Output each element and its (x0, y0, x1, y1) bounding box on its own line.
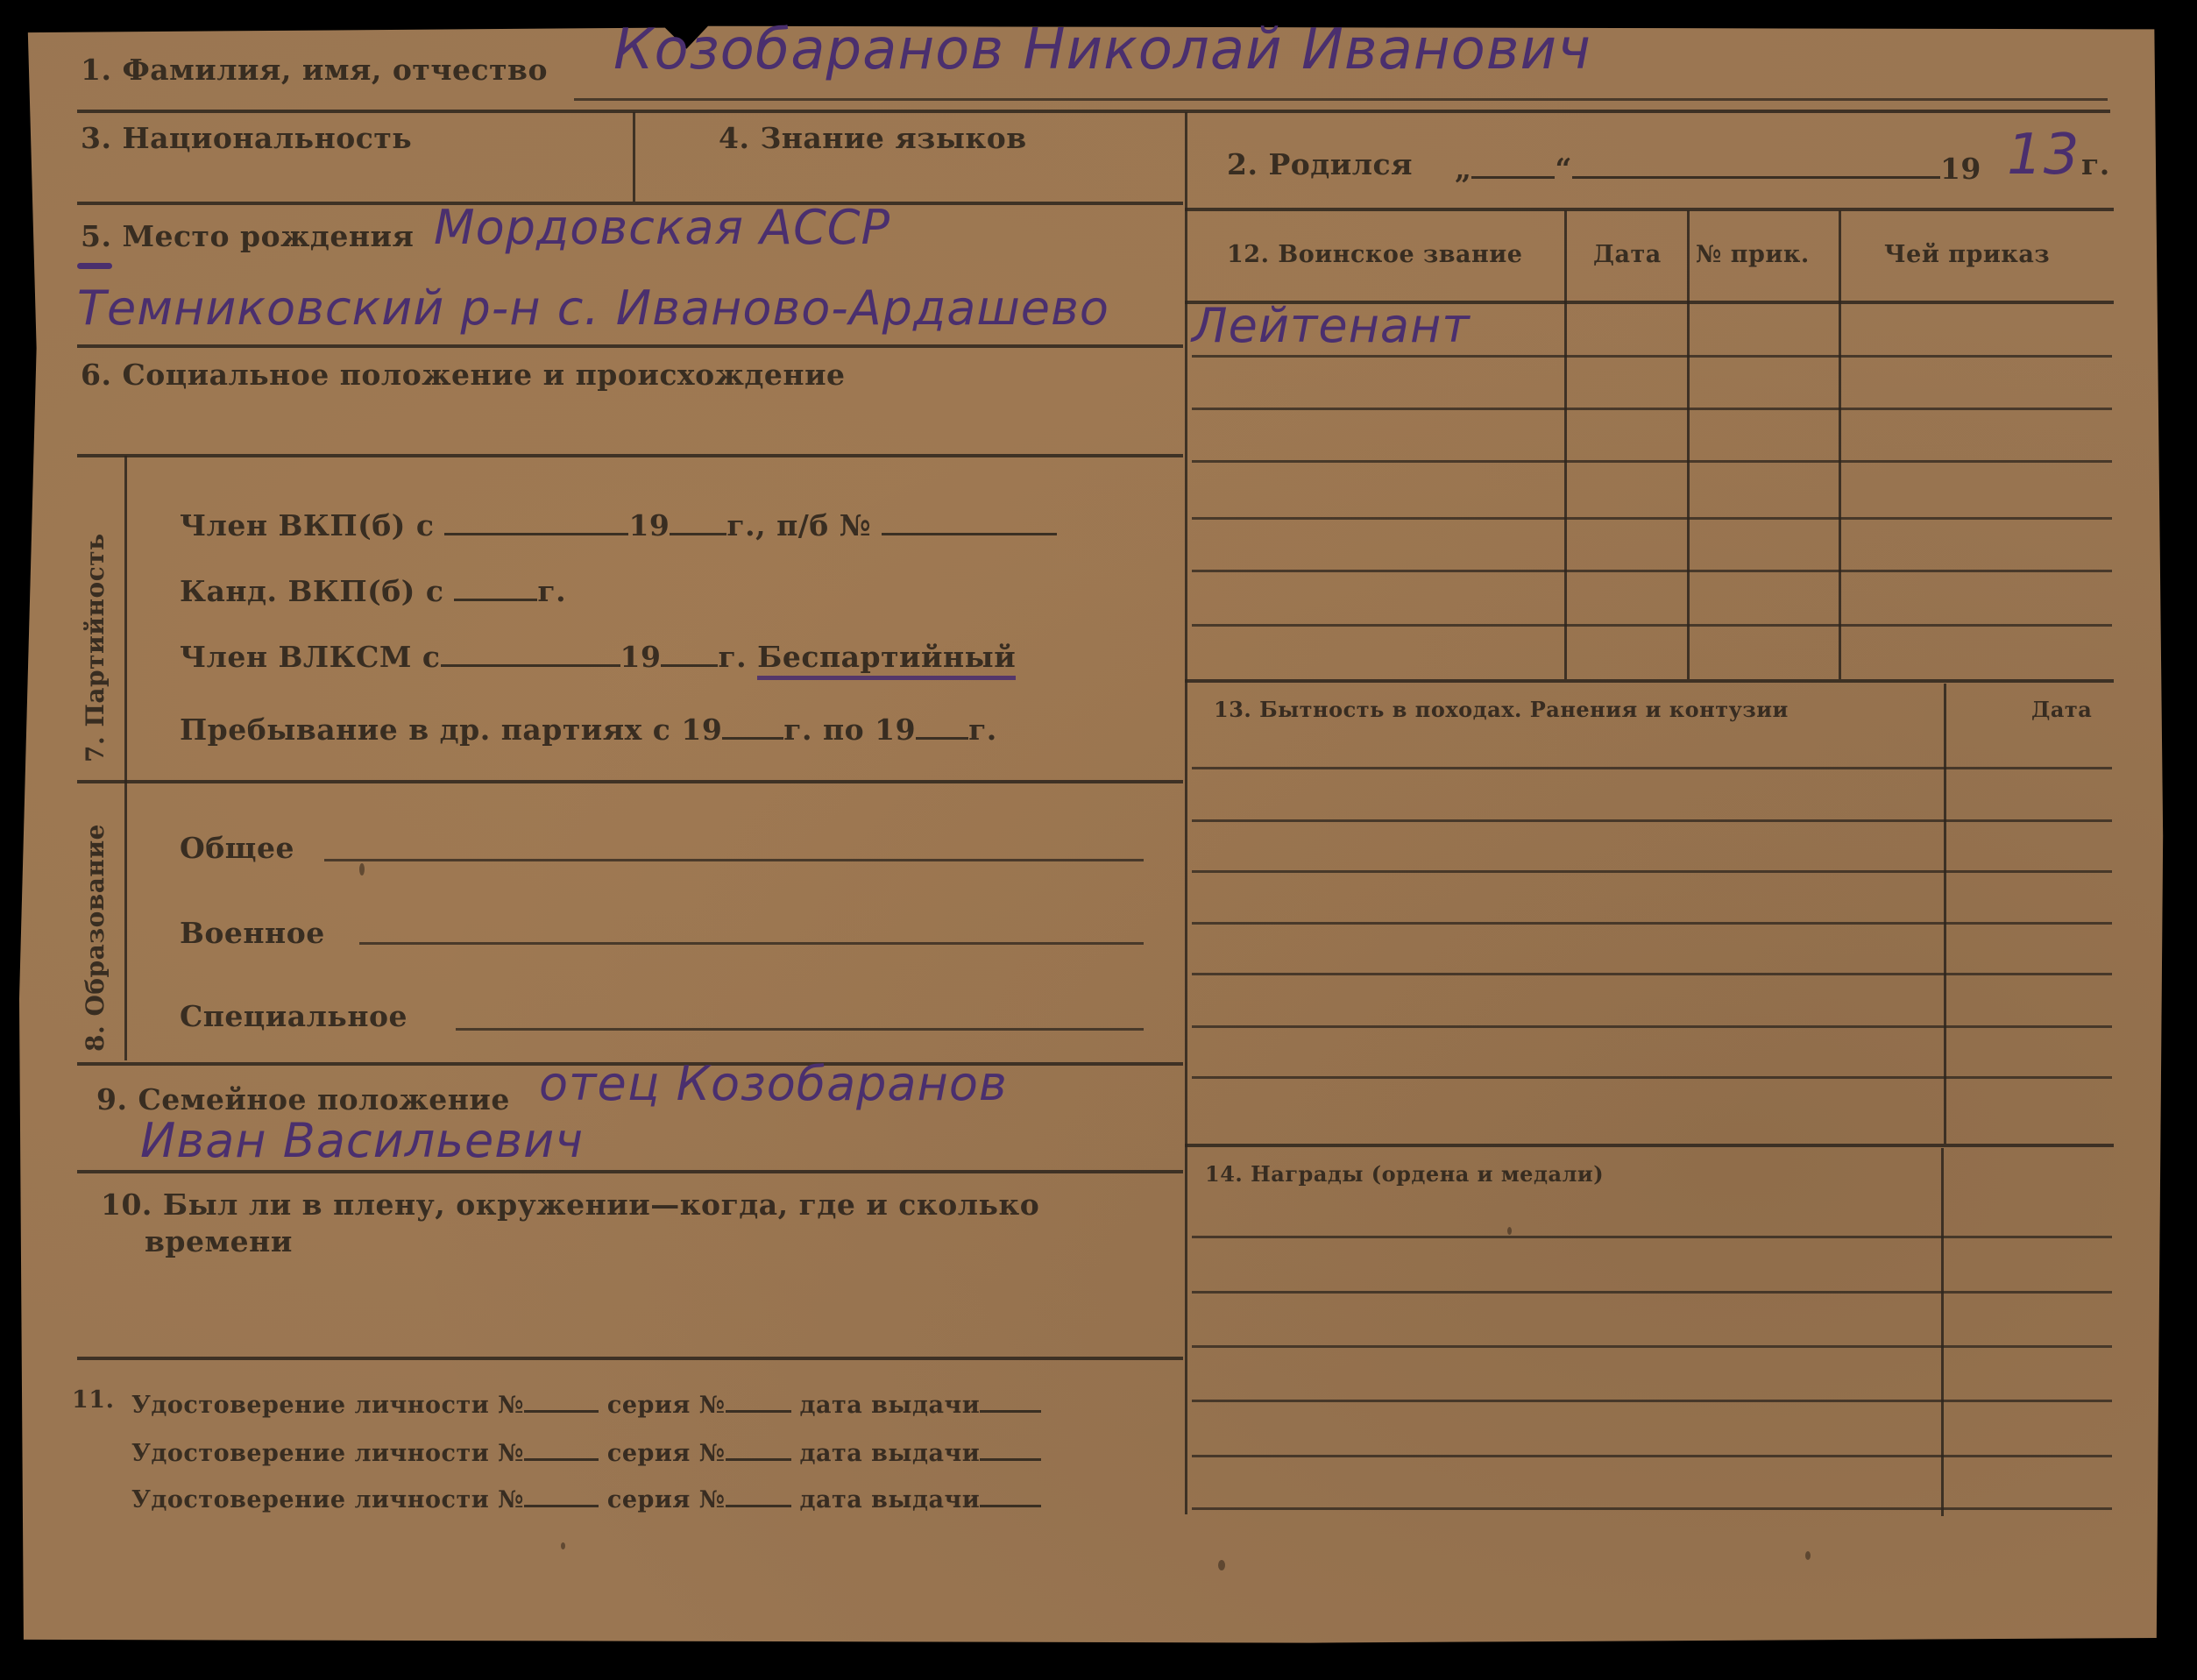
rank-col-rank: 12. Воинское звание (1227, 241, 1522, 268)
side-label-party: 7. Партийность (81, 491, 110, 762)
paper-speck (359, 863, 365, 875)
rank-col-date: Дата (1593, 241, 1662, 268)
campaigns-row-line (1192, 767, 2112, 769)
campaigns-row-line (1192, 1076, 2112, 1079)
vkpb-card-no-blank (882, 504, 1057, 535)
awards-row-line (1192, 1507, 2112, 1510)
divider-row6 (77, 454, 1183, 457)
value-birthplace-line1: Мордовская АССР (434, 200, 890, 255)
campaigns-row-line (1192, 922, 2112, 925)
label-general-education: Общее (180, 831, 294, 865)
label-social-status: 6. Социальное положение и происхождение (81, 358, 846, 392)
divider-section12 (1185, 679, 2114, 683)
vlksm-blank (441, 635, 620, 667)
label-family-status: 9. Семейное положение (96, 1082, 510, 1116)
born-year-suffix: г. (2081, 147, 2110, 181)
vkpb-year-prefix: 19 (628, 508, 670, 542)
born-date: „“19 (1455, 147, 1981, 186)
candidate-blank (454, 570, 537, 601)
id-row-1: Удостоверение личности № серия № дата вы… (131, 1386, 1041, 1419)
party-row-candidate: Канд. ВКП(б) с г. (180, 570, 566, 608)
label-special-education: Специальное (180, 999, 408, 1033)
vkpb-prefix: Член ВКП(б) с (180, 508, 434, 542)
paper-speck (1805, 1551, 1811, 1560)
id-row-3-label: Удостоверение личности № (131, 1486, 524, 1513)
rank-row-line (1192, 408, 2112, 410)
party-row-other: Пребывание в др. партиях с 19г. по 19г. (180, 708, 997, 747)
divider-section13 (1185, 1144, 2114, 1147)
other-party-from-blank (722, 708, 783, 740)
label-captivity-line1: 10. Был ли в плену, окружении—когда, где… (101, 1187, 1039, 1222)
id-row-1-no-blank (524, 1386, 599, 1413)
rank-row-line (1192, 624, 2112, 627)
id-row-3-no-blank (524, 1481, 599, 1507)
born-day-blank (1471, 147, 1555, 179)
vkpb-year-blank (670, 504, 726, 535)
id-row-2-date: дата выдачи (800, 1440, 981, 1467)
id-row-2-series: серия № (607, 1440, 726, 1467)
side-divider-7-8 (124, 456, 127, 1060)
other-party-suffix: г. (968, 712, 997, 747)
campaigns-row-line (1192, 973, 2112, 975)
vkpb-since-blank (444, 504, 628, 535)
party-row-vlksm: Член ВЛКСМ с19г. Беспартийный (180, 635, 1016, 674)
rank-col-order-no: № прик. (1696, 241, 1810, 268)
paper-speck (561, 1542, 565, 1549)
vlksm-prefix: Член ВЛКСМ с (180, 640, 441, 674)
rank-row-line (1192, 570, 2112, 572)
id-row-2-label: Удостоверение личности № (131, 1440, 524, 1467)
label-captivity-line2: времени (145, 1224, 293, 1258)
candidate-prefix: Канд. ВКП(б) с (180, 574, 443, 608)
non-party-marked: Беспартийный (757, 640, 1016, 680)
id-row-2-no-blank (524, 1435, 599, 1461)
rank-row-line (1192, 517, 2112, 520)
full-name-underline (574, 98, 2108, 101)
id-row-2: Удостоверение личности № серия № дата вы… (131, 1435, 1041, 1467)
awards-row-line (1192, 1236, 2112, 1238)
label-languages: 4. Знание языков (719, 121, 1027, 155)
id-row-1-series: серия № (607, 1392, 726, 1419)
id-row-1-series-blank (726, 1386, 791, 1413)
label-birthplace: 5. Место рождения (81, 219, 414, 253)
awards-row-line (1192, 1400, 2112, 1402)
ink-mark (77, 263, 112, 269)
label-nationality: 3. Национальность (81, 121, 412, 155)
id-row-1-date-blank (980, 1386, 1041, 1413)
id-row-3-series: серия № (607, 1486, 726, 1513)
campaigns-col-date: Дата (2031, 697, 2092, 722)
value-family-line1: отец Козобаранов (539, 1056, 1008, 1111)
divider-row1 (77, 110, 2110, 113)
vlksm-year-blank (661, 635, 718, 667)
candidate-suffix: г. (537, 574, 566, 608)
party-row-vkpb: Член ВКП(б) с 19г., п/б № (180, 504, 1057, 542)
born-year-prefix: 19 (1940, 152, 1981, 186)
awards-divider (1941, 1148, 1944, 1516)
id-row-2-date-blank (980, 1435, 1041, 1461)
id-row-3-date: дата выдачи (800, 1486, 981, 1513)
campaigns-row-line (1192, 819, 2112, 822)
value-full-name: Козобаранов Николай Иванович (613, 18, 1591, 82)
awards-row-line (1192, 1291, 2112, 1294)
general-education-line (324, 859, 1144, 861)
id-row-3-series-blank (726, 1481, 791, 1507)
id-row-1-date: дата выдачи (800, 1392, 981, 1419)
born-month-blank (1572, 147, 1940, 179)
label-full-name: 1. Фамилия, имя, отчество (81, 53, 548, 87)
divider-3-4 (633, 112, 635, 202)
rank-divider-3 (1839, 210, 1841, 679)
other-party-mid: г. по 19 (783, 712, 916, 747)
divider-row5 (77, 344, 1183, 348)
born-year-value: 13 (2007, 123, 2080, 188)
divider-row10 (77, 1357, 1183, 1360)
divider-row7 (77, 780, 1183, 783)
paper-speck (1507, 1227, 1512, 1235)
military-education-line (359, 942, 1144, 945)
special-education-line (456, 1028, 1144, 1031)
divider-row9 (77, 1170, 1183, 1173)
campaigns-col-label: 13. Бытность в походах. Ранения и контуз… (1214, 697, 1789, 722)
vkpb-card-no-label: г., п/б № (726, 508, 871, 542)
id-row-3: Удостоверение личности № серия № дата вы… (131, 1481, 1041, 1513)
id-row-3-date-blank (980, 1481, 1041, 1507)
born-day-open-quote: „ (1455, 152, 1471, 186)
label-military-education: Военное (180, 916, 325, 950)
id-number: 11. (72, 1386, 114, 1414)
side-label-education: 8. Образование (81, 815, 110, 1052)
label-born: 2. Родился (1227, 147, 1413, 181)
value-family-line2: Иван Васильевич (140, 1113, 584, 1168)
rank-col-whose-order: Чей приказ (1884, 241, 2050, 268)
id-row-2-series-blank (726, 1435, 791, 1461)
rank-row-line (1192, 355, 2112, 358)
value-birthplace-line2: Темниковский р-н с. Иваново-Ардашево (77, 280, 1109, 336)
born-day-close-quote: “ (1555, 152, 1571, 186)
other-party-prefix: Пребывание в др. партиях с 19 (180, 712, 722, 747)
rank-divider-2 (1687, 210, 1690, 679)
divider-row2 (1185, 208, 2114, 211)
id-row-1-label: Удостоверение личности № (131, 1392, 524, 1419)
rank-divider-1 (1564, 210, 1567, 679)
vlksm-suffix: г. (718, 640, 747, 674)
rank-value-1: Лейтенант (1192, 298, 1471, 353)
vlksm-year-prefix: 19 (620, 640, 662, 674)
other-party-to-blank (916, 708, 968, 740)
campaigns-row-line (1192, 1025, 2112, 1028)
awards-row-line (1192, 1345, 2112, 1348)
campaigns-row-line (1192, 870, 2112, 873)
awards-row-line (1192, 1455, 2112, 1457)
campaigns-divider (1944, 684, 1946, 1144)
paper-speck (1218, 1560, 1225, 1570)
rank-row-line (1192, 460, 2112, 463)
awards-col-label: 14. Награды (ордена и медали) (1205, 1161, 1604, 1187)
column-divider (1185, 112, 1187, 1514)
